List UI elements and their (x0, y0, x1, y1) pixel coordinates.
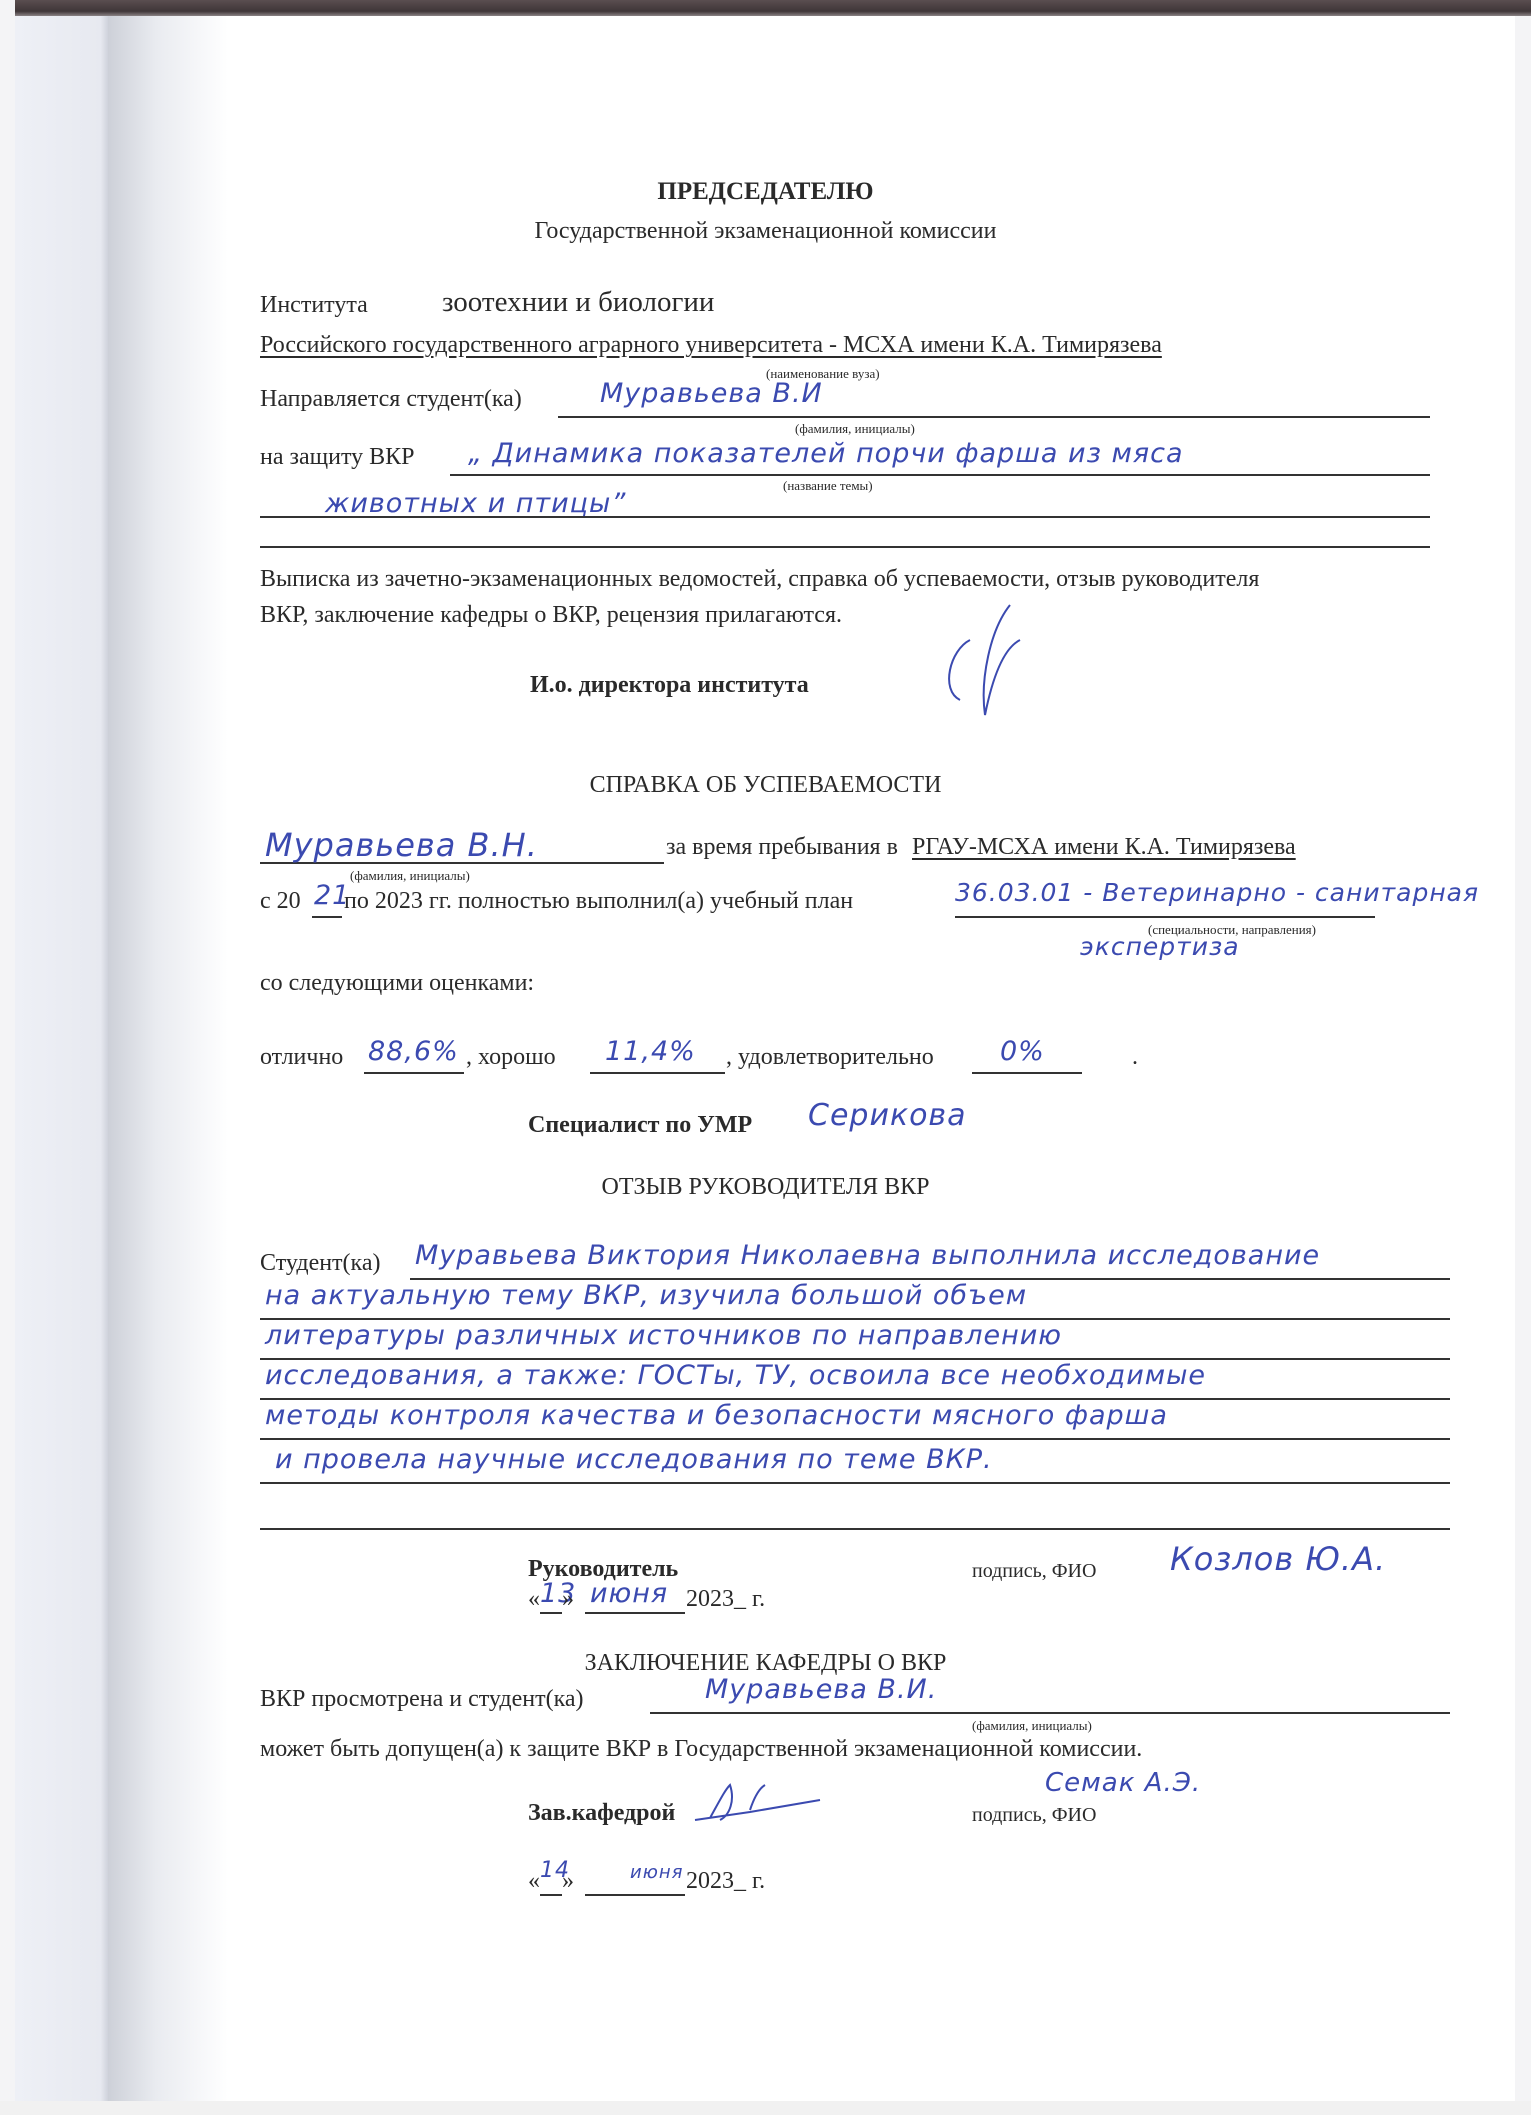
conclusion-day-line (540, 1894, 562, 1896)
progress-student-caption: (фамилия, инициалы) (350, 868, 470, 884)
review-text-2: на актуальную тему ВКР, изучила большой … (265, 1280, 1027, 1311)
good-value: 11,4% (605, 1036, 696, 1067)
progress-title: СПРАВКА ОБ УСПЕВАЕМОСТИ (0, 772, 1531, 799)
start-year-line (312, 916, 342, 918)
thesis-line-1 (450, 474, 1430, 476)
admission-text: может быть допущен(а) к защите ВКР в Гос… (260, 1736, 1142, 1763)
review-day-line (540, 1612, 562, 1614)
thesis-title-line1: „ Динамика показателей порчи фарша из мя… (468, 438, 1184, 469)
grades-intro: со следующими оценками: (260, 970, 534, 997)
student-caption: (фамилия, инициалы) (795, 421, 915, 437)
excellent-value: 88,6% (368, 1036, 459, 1067)
review-date-month: июня (590, 1578, 668, 1609)
review-line-6 (260, 1482, 1450, 1484)
head-signature: Семак А.Э. (1045, 1768, 1201, 1798)
review-line-5 (260, 1438, 1450, 1440)
page-fold-shadow (108, 16, 228, 2101)
period-prefix: с 20 (260, 888, 301, 915)
review-month-line (585, 1612, 685, 1614)
satisfactory-label: , удовлетворительно (726, 1044, 934, 1071)
conclusion-title: ЗАКЛЮЧЕНИЕ КАФЕДРЫ О ВКР (0, 1650, 1531, 1677)
specialist-signature: Серикова (808, 1098, 966, 1133)
satisfactory-line (972, 1072, 1082, 1074)
conclusion-date-year: 2023_ г. (686, 1868, 765, 1895)
reviewed-label: ВКР просмотрена и студент(ка) (260, 1686, 584, 1713)
plan-handwritten-line1: 36.03.01 - Ветеринарно - санитарная (955, 878, 1479, 907)
conclusion-month-line (585, 1894, 685, 1896)
director-signature-icon (920, 600, 1040, 720)
conclusion-student-handwritten: Муравьева В.И. (705, 1674, 937, 1705)
thesis-line-3 (260, 546, 1430, 548)
head-signature-caption: подпись, ФИО (972, 1804, 1096, 1827)
page-fold-left (15, 16, 110, 2101)
document-subtitle: Государственной экзаменационной комиссии (0, 218, 1531, 245)
student-line (558, 416, 1430, 418)
head-label: Зав.кафедрой (528, 1800, 675, 1827)
scan-bottom-edge (0, 2101, 1531, 2115)
review-date-close: » (562, 1586, 574, 1613)
review-student-label: Студент(ка) (260, 1250, 380, 1277)
satisfactory-value: 0% (1000, 1036, 1045, 1067)
review-date-year: 2023_ г. (686, 1586, 765, 1613)
scan-top-edge (15, 0, 1531, 16)
review-text-4: исследования, а также: ГОСТы, ТУ, освоил… (265, 1360, 1206, 1391)
university-name: Российского государственного аграрного у… (260, 332, 1162, 359)
review-date-open: « (528, 1586, 540, 1613)
excellent-line (364, 1072, 464, 1074)
review-title: ОТЗЫВ РУКОВОДИТЕЛЯ ВКР (0, 1174, 1531, 1201)
good-label: , хорошо (466, 1044, 556, 1071)
supervisor-signature: Козлов Ю.А. (1170, 1540, 1386, 1578)
university-short: РГАУ-МСХА имени К.А. Тимирязева (912, 834, 1296, 861)
supervisor-signature-caption: подпись, ФИО (972, 1560, 1096, 1583)
director-label: И.о. директора института (530, 672, 809, 699)
progress-student-handwritten: Муравьева В.Н. (265, 826, 538, 864)
plan-line (955, 916, 1375, 918)
conclusion-date-close: » (562, 1868, 574, 1895)
specialist-label: Специалист по УМР (528, 1112, 752, 1139)
conclusion-date-month: июня (630, 1862, 683, 1883)
period-text: по 2023 гг. полностью выполнил(а) учебны… (344, 888, 853, 915)
thesis-title-line2: животных и птицы” (325, 488, 626, 519)
attachments-text-1: Выписка из зачетно-экзаменационных ведом… (260, 566, 1259, 593)
review-line-7 (260, 1528, 1450, 1530)
conclusion-student-line (650, 1712, 1450, 1714)
thesis-label: на защиту ВКР (260, 444, 415, 471)
student-label: Направляется студент(ка) (260, 386, 522, 413)
review-text-6: и провела научные исследования по теме В… (275, 1444, 993, 1475)
institute-label: Института (260, 292, 368, 319)
document-title: ПРЕДСЕДАТЕЛЮ (0, 178, 1531, 206)
good-line (590, 1072, 725, 1074)
conclusion-date-open: « (528, 1868, 540, 1895)
review-text-3: литературы различных источников по напра… (265, 1320, 1062, 1351)
excellent-label: отлично (260, 1044, 343, 1071)
head-signature-mark-icon (690, 1780, 830, 1830)
thesis-line-2 (260, 516, 1430, 518)
thesis-caption: (название темы) (783, 478, 873, 494)
stay-text: за время пребывания в (666, 834, 898, 861)
plan-handwritten-line2: экспертиза (1080, 932, 1240, 961)
student-name-handwritten: Муравьева В.И (600, 378, 823, 409)
review-text-1: Муравьева Виктория Николаевна выполнила … (415, 1240, 1320, 1271)
institute-value: зоотехнии и биологии (442, 286, 714, 319)
conclusion-student-caption: (фамилия, инициалы) (972, 1718, 1092, 1734)
review-text-5: методы контроля качества и безопасности … (265, 1400, 1168, 1431)
grades-end-dot: . (1132, 1044, 1138, 1071)
attachments-text-2: ВКР, заключение кафедры о ВКР, рецензия … (260, 602, 842, 629)
